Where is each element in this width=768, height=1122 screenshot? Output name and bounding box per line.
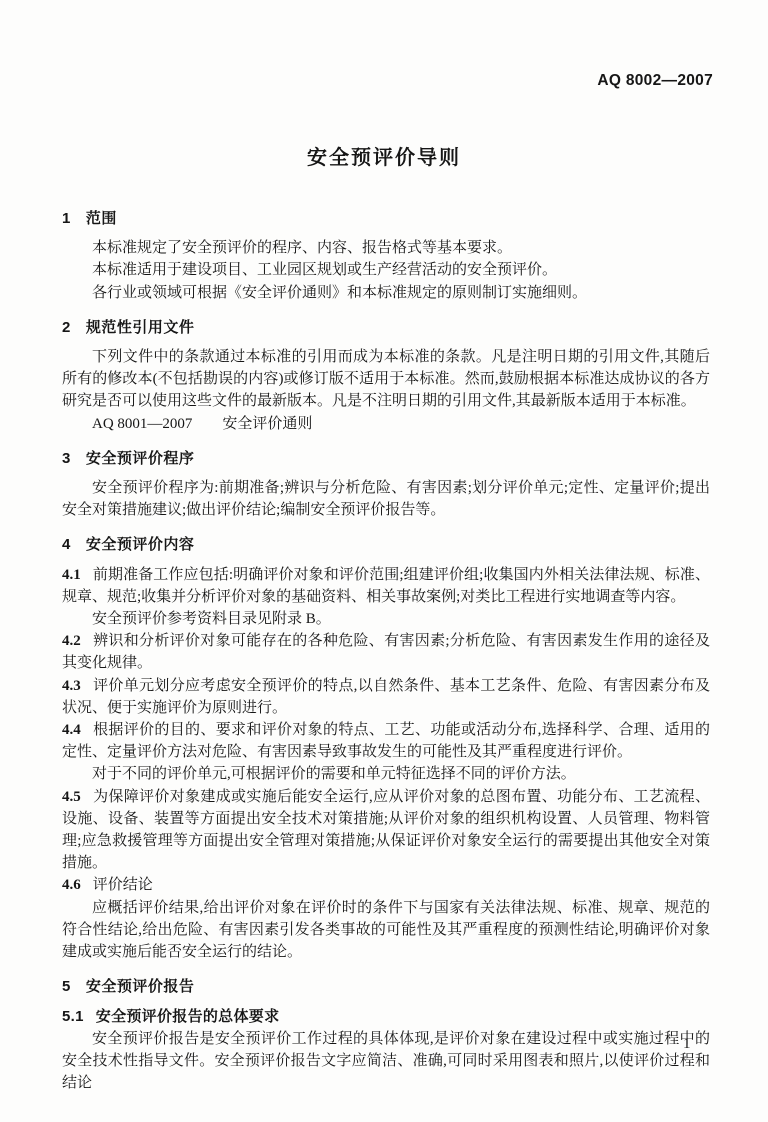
section-3: 3安全预评价程序安全预评价程序为:前期准备;辨识与分析危险、有害因素;划分评价单… <box>62 448 710 522</box>
section-title: 安全预评价报告 <box>86 978 195 995</box>
section-5: 5安全预评价报告5.1安全预评价报告的总体要求安全预评价报告是安全预评价工作过程… <box>62 976 710 1094</box>
section-title: 安全预评价内容 <box>86 536 195 553</box>
section-number: 4 <box>62 536 71 553</box>
clause-text: 根据评价的目的、要求和评价对象的特点、工艺、功能或活动分布,选择科学、合理、适用… <box>62 722 710 760</box>
clause-number: 4.6 <box>62 877 81 893</box>
standard-number: AQ 8002—2007 <box>597 72 713 90</box>
paragraph: 安全预评价报告是安全预评价工作过程的具体体现,是评价对象在建设过程中或实施过程中… <box>62 1028 710 1095</box>
section-number: 1 <box>62 210 71 227</box>
clause-heading: 5.1安全预评价报告的总体要求 <box>62 1006 710 1028</box>
paragraph: 安全预评价程序为:前期准备;辨识与分析危险、有害因素;划分评价单元;定性、定量评… <box>62 477 710 521</box>
document-title: 安全预评价导则 <box>0 141 768 170</box>
clause-text: 评价结论 <box>93 877 153 893</box>
section-heading: 2规范性引用文件 <box>62 317 710 339</box>
page-number: 1 <box>683 1036 691 1053</box>
section-heading: 3安全预评价程序 <box>62 448 710 470</box>
paragraph: 下列文件中的条款通过本标准的引用而成为本标准的条款。凡是注明日期的引用文件,其随… <box>62 346 710 413</box>
section-heading: 4安全预评价内容 <box>62 534 710 556</box>
clause: 4.6评价结论 <box>62 874 710 896</box>
section-title: 范围 <box>86 210 117 227</box>
section-heading: 5安全预评价报告 <box>62 976 710 998</box>
section-2: 2规范性引用文件下列文件中的条款通过本标准的引用而成为本标准的条款。凡是注明日期… <box>62 317 710 435</box>
clause: 4.4根据评价的目的、要求和评价对象的特点、工艺、功能或活动分布,选择科学、合理… <box>62 719 710 763</box>
clause: 4.1前期准备工作应包括:明确评价对象和评价范围;组建评价组;收集国内外相关法律… <box>62 564 710 608</box>
section-number: 5 <box>62 978 71 995</box>
clause: 4.5为保障评价对象建成或实施后能安全运行,应从评价对象的总图布置、功能分布、工… <box>62 786 710 875</box>
clause-text: 为保障评价对象建成或实施后能安全运行,应从评价对象的总图布置、功能分布、工艺流程… <box>62 789 710 872</box>
clause-number: 4.3 <box>62 678 81 694</box>
section-1: 1范围本标准规定了安全预评价的程序、内容、报告格式等基本要求。本标准适用于建设项… <box>62 208 710 304</box>
paragraph: 应概括评价结果,给出评价对象在评价时的条件下与国家有关法律法规、标准、规章、规范… <box>62 897 710 964</box>
clause-number: 4.1 <box>62 567 81 583</box>
section-heading: 1范围 <box>62 208 710 230</box>
paragraph: 各行业或领域可根据《安全评价通则》和本标准规定的原则制订实施细则。 <box>62 282 710 304</box>
clause: 4.3评价单元划分应考虑安全预评价的特点,以自然条件、基本工艺条件、危险、有害因… <box>62 675 710 719</box>
clause-number: 4.5 <box>62 789 81 805</box>
paragraph: 安全预评价参考资料目录见附录 B。 <box>62 608 710 630</box>
clause-number: 4.4 <box>62 722 81 738</box>
document-page: AQ 8002—2007 安全预评价导则 1范围本标准规定了安全预评价的程序、内… <box>0 0 768 1122</box>
paragraph: 对于不同的评价单元,可根据评价的需要和单元特征选择不同的评价方法。 <box>62 763 710 785</box>
section-number: 2 <box>62 319 71 336</box>
section-title: 安全预评价程序 <box>86 450 195 467</box>
paragraph: 本标准规定了安全预评价的程序、内容、报告格式等基本要求。 <box>62 237 710 259</box>
clause-text: 辨识和分析评价对象可能存在的各种危险、有害因素;分析危险、有害因素发生作用的途径… <box>62 633 710 671</box>
document-body: 1范围本标准规定了安全预评价的程序、内容、报告格式等基本要求。本标准适用于建设项… <box>62 208 710 1094</box>
clause-text: 前期准备工作应包括:明确评价对象和评价范围;组建评价组;收集国内外相关法律法规、… <box>62 567 710 605</box>
clause-number: 4.2 <box>62 633 81 649</box>
paragraph: AQ 8001—2007 安全评价通则 <box>62 413 710 435</box>
section-number: 3 <box>62 450 71 467</box>
section-4: 4安全预评价内容4.1前期准备工作应包括:明确评价对象和评价范围;组建评价组;收… <box>62 534 710 963</box>
clause-text: 评价单元划分应考虑安全预评价的特点,以自然条件、基本工艺条件、危险、有害因素分布… <box>62 678 710 716</box>
clause: 4.2辨识和分析评价对象可能存在的各种危险、有害因素;分析危险、有害因素发生作用… <box>62 630 710 674</box>
paragraph: 本标准适用于建设项目、工业园区规划或生产经营活动的安全预评价。 <box>62 259 710 281</box>
section-title: 规范性引用文件 <box>86 319 195 336</box>
clause-number: 5.1 <box>62 1008 84 1025</box>
clause-text: 安全预评价报告的总体要求 <box>96 1008 280 1025</box>
